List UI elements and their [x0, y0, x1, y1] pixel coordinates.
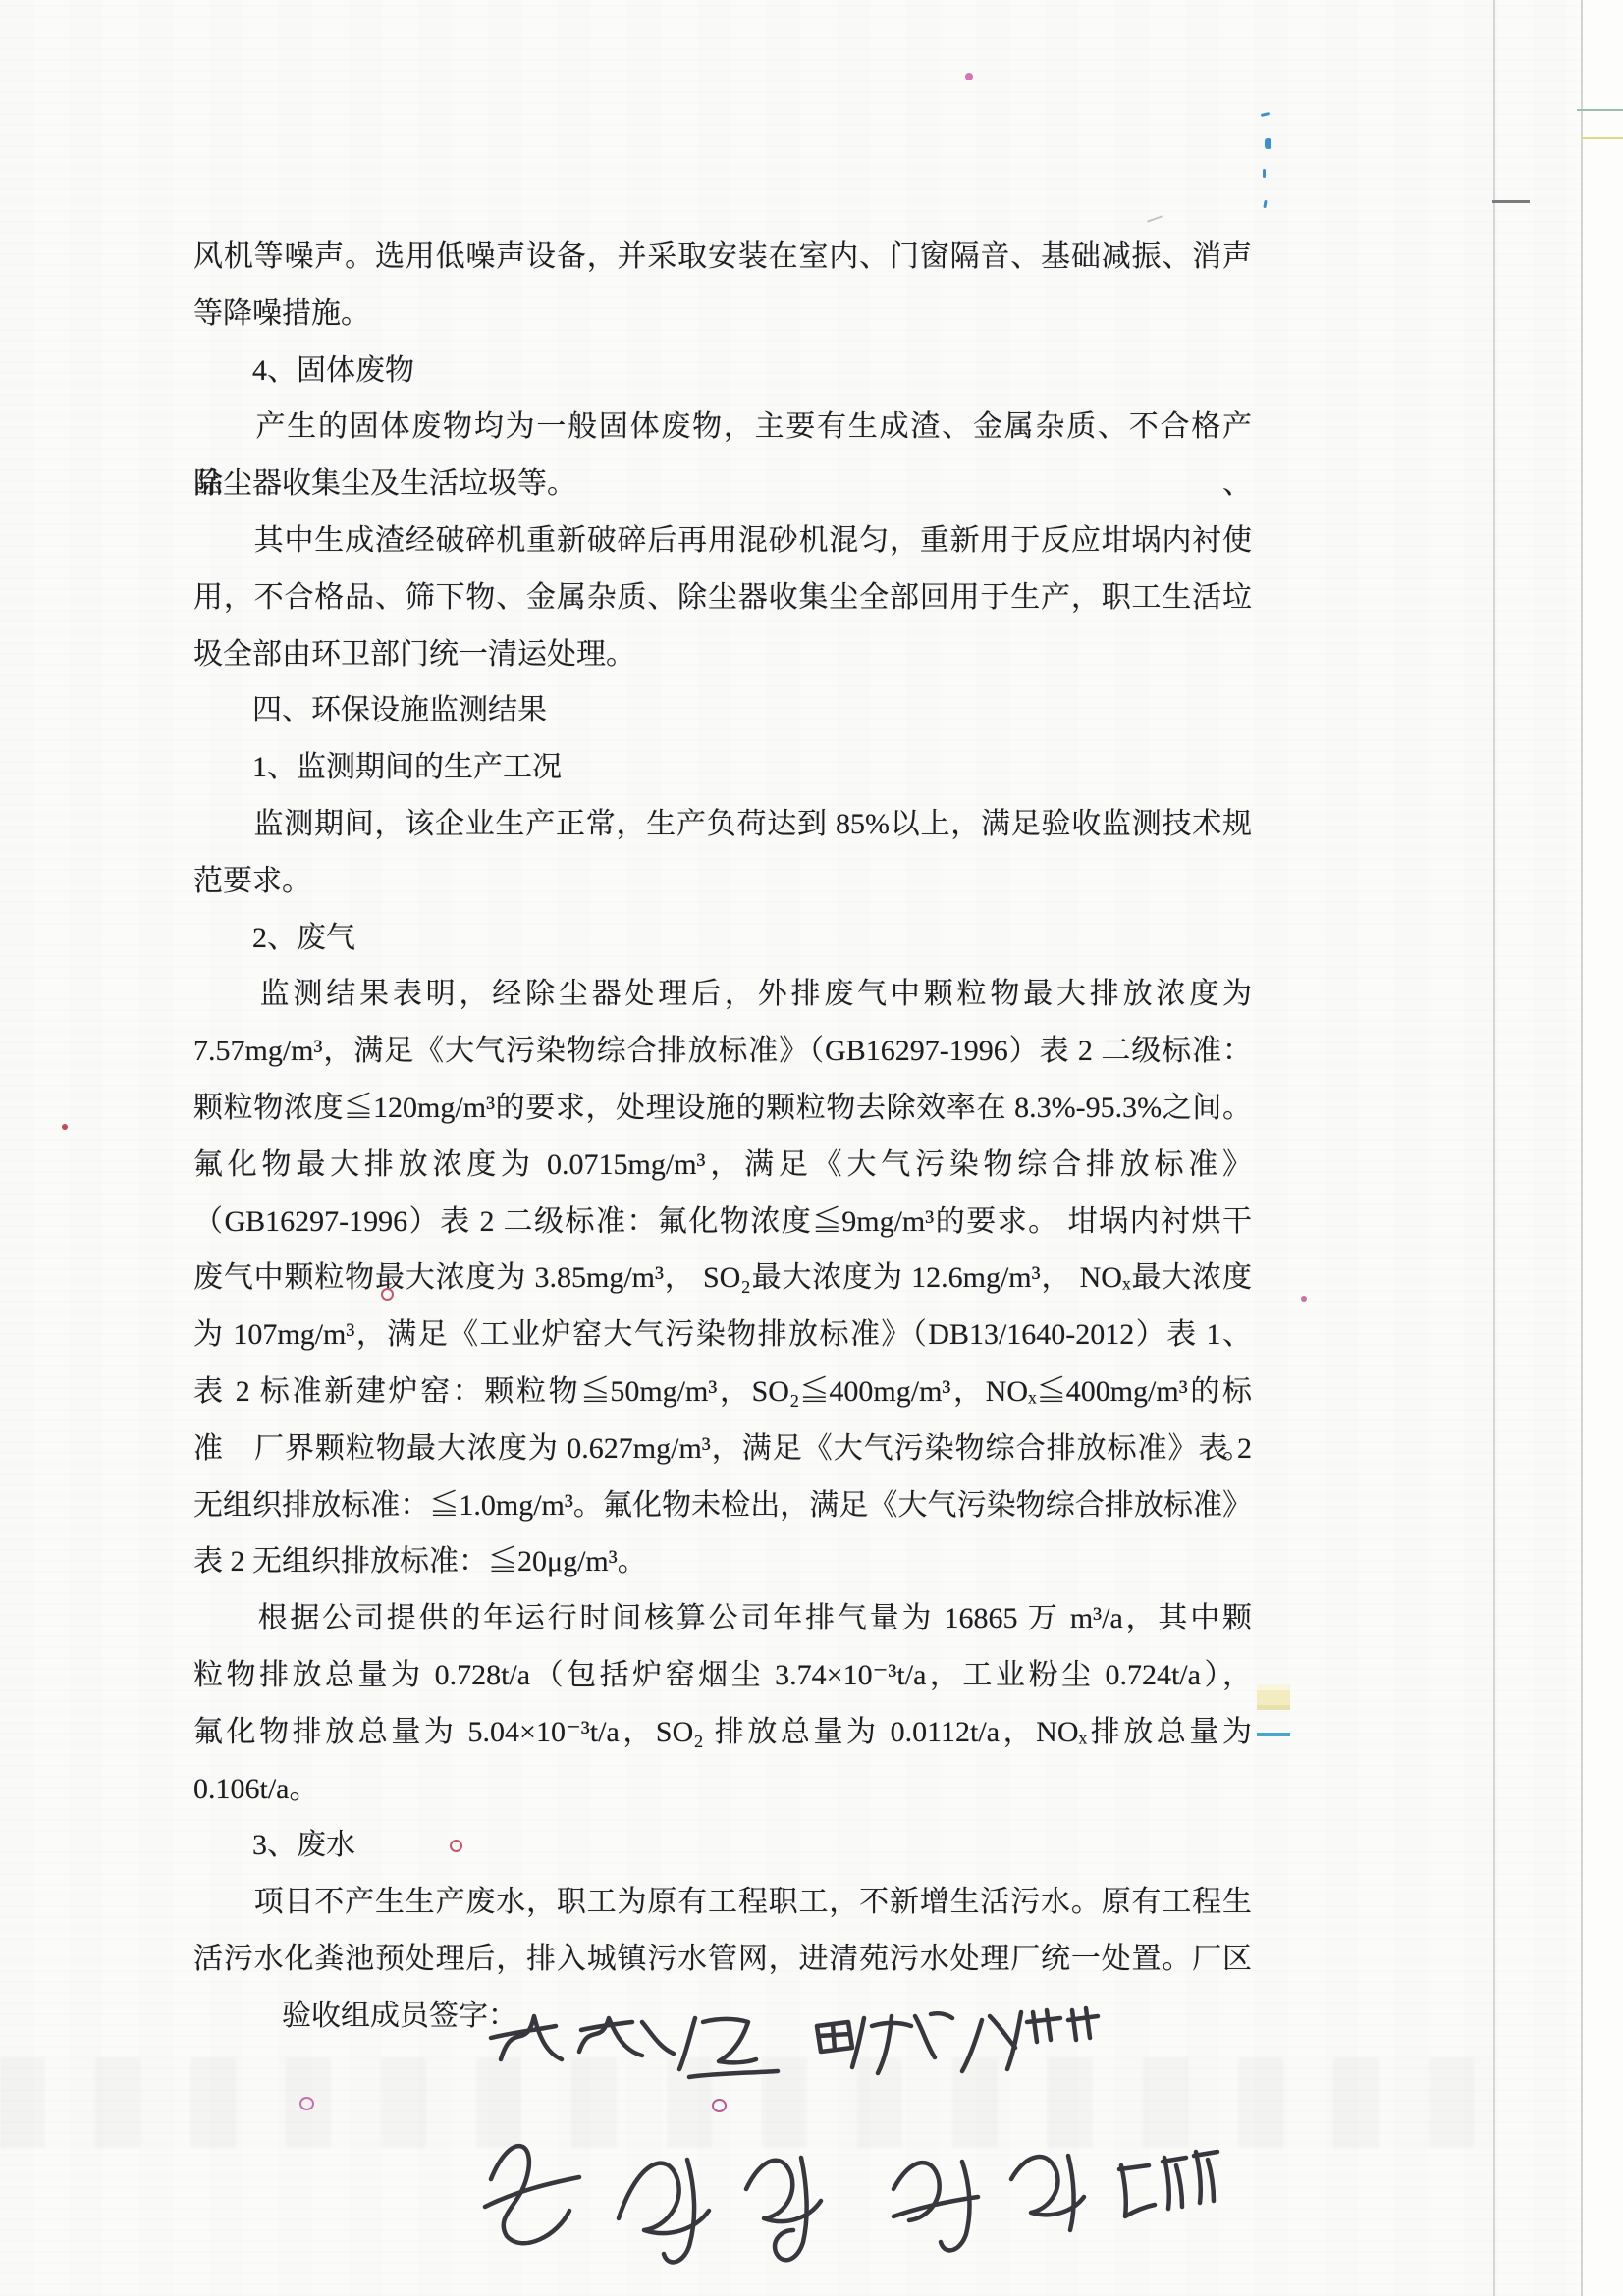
signature-stroke [1119, 2152, 1217, 2216]
blue-pen-dash [1257, 1733, 1290, 1736]
text-line: 粒物排放总量为 0.728t/a（包括炉窑烟尘 3.74×10⁻³t/a，工业粉… [193, 1647, 1252, 1704]
text-line: 4、固体废物 [193, 343, 1252, 400]
text-line: 风机等噪声。选用低噪声设备，并采取安装在室内、门窗隔音、基础减振、消声 [193, 229, 1252, 286]
text-line: 根据公司提供的年运行时间核算公司年排气量为 16865 万 m³/a，其中颗 [193, 1590, 1252, 1647]
text-line: 厂界颗粒物最大浓度为 0.627mg/m³，满足《大气污染物综合排放标准》表 2 [193, 1420, 1252, 1477]
text-line: 活污水化粪池预处理后，排入城镇污水管网，进清苑污水处理厂统一处置。厂区 [193, 1931, 1252, 1988]
handwritten-signatures [432, 1983, 1257, 2277]
paper-fold-line [1581, 0, 1583, 2296]
signature-stroke [893, 2162, 978, 2250]
text-line: 产生的固体废物均为一般固体废物，主要有生成渣、金属杂质、不合格产品、 [193, 399, 1252, 455]
blue-ink-speck [1265, 138, 1271, 149]
text-line: 其中生成渣经破碎机重新破碎后再用混砂机混匀，重新用于反应坩埚内衬使 [193, 512, 1252, 569]
scan-teal-dash [1577, 109, 1623, 111]
text-line: 范要求。 [193, 853, 1252, 910]
text-line: 1、监测期间的生产工况 [193, 739, 1252, 796]
text-line: 监测期间，该企业生产正常，生产负荷达到 85%以上，满足验收监测技术规 [193, 796, 1252, 853]
signature-stroke [746, 2158, 821, 2260]
text-line: 四、环保设施监测结果 [193, 682, 1252, 739]
text-line: 圾全部由环卫部门统一清运处理。 [193, 626, 1252, 683]
pink-ink-speck [1301, 1296, 1307, 1302]
pink-ink-ring [299, 2097, 314, 2110]
paper-fold-line [1493, 0, 1495, 2296]
blue-ink-speck [1263, 200, 1267, 208]
blue-ink-speck [1261, 112, 1270, 117]
text-line: 监测结果表明，经除尘器处理后，外排废气中颗粒物最大排放浓度为 [193, 966, 1252, 1023]
text-line: 无组织排放标准：≦1.0mg/m³。氟化物未检出，满足《大气污染物综合排放标准》 [193, 1477, 1252, 1534]
paper-edge-strip [1583, 0, 1623, 2296]
text-line: 表 2 无组织排放标准：≦20μg/m³。 [193, 1533, 1252, 1590]
text-line: 项目不产生生产废水，职工为原有工程职工，不新增生活污水。原有工程生 [193, 1874, 1252, 1931]
document-text: 风机等噪声。选用低噪声设备，并采取安装在室内、门窗隔音、基础减振、消声等降噪措施… [193, 229, 1252, 2045]
text-line: 氟化物排放总量为 5.04×10⁻³t/a，SO₂ 排放总量为 0.0112t/… [193, 1704, 1252, 1761]
scan-dark-dash [1492, 200, 1530, 203]
signature-stroke [491, 2016, 562, 2059]
signature-stroke [962, 2008, 1098, 2071]
red-ink-ring [450, 1840, 462, 1852]
text-line: 等降噪措施。 [193, 286, 1252, 343]
text-line: 为 107mg/m³，满足《工业炉窑大气污染物排放标准》（DB13/1640-2… [193, 1307, 1252, 1363]
gray-scan-tick [1147, 215, 1163, 222]
pink-ink-ring [712, 2099, 727, 2112]
text-line: 废气中颗粒物最大浓度为 3.85mg/m³， SO₂最大浓度为 12.6mg/m… [193, 1250, 1252, 1307]
signature-stroke [619, 2160, 709, 2262]
text-line: 用，不合格品、筛下物、金属杂质、除尘器收集尘全部回用于生产，职工生活垃 [193, 569, 1252, 626]
text-line: 2、废气 [193, 910, 1252, 967]
blue-ink-speck [1263, 169, 1266, 178]
yellow-tab-mark [1257, 1684, 1290, 1710]
scan-yellow-dash [1581, 137, 1623, 139]
signature-stroke [679, 2018, 778, 2077]
text-line: 氟化物最大排放浓度为 0.0715mg/m³，满足《大气污染物综合排放标准》 [193, 1137, 1252, 1194]
signature-stroke [579, 2018, 674, 2056]
red-ink-ring [381, 1288, 394, 1301]
red-ink-speck [62, 1124, 68, 1130]
signature-stroke [817, 2013, 952, 2073]
text-line: 0.106t/a。 [193, 1761, 1252, 1818]
text-line: 表 2 标准新建炉窑：颗粒物≦50mg/m³，SO₂≦400mg/m³，NOₓ≦… [193, 1363, 1252, 1420]
signature-stroke [485, 2146, 579, 2243]
text-line: 7.57mg/m³，满足《大气污染物综合排放标准》（GB16297-1996）表… [193, 1023, 1252, 1080]
text-line: 颗粒物浓度≦120mg/m³的要求，处理设施的颗粒物去除效率在 8.3%-95.… [193, 1080, 1252, 1137]
signature-stroke [1011, 2156, 1084, 2230]
pink-ink-speck [965, 73, 973, 80]
scanned-document-page: 风机等噪声。选用低噪声设备，并采取安装在室内、门窗隔音、基础减振、消声等降噪措施… [0, 0, 1623, 2296]
text-line: 3、废水 [193, 1817, 1252, 1874]
text-line: （GB16297-1996）表 2 二级标准：氟化物浓度≦9mg/m³的要求。 … [193, 1194, 1252, 1251]
